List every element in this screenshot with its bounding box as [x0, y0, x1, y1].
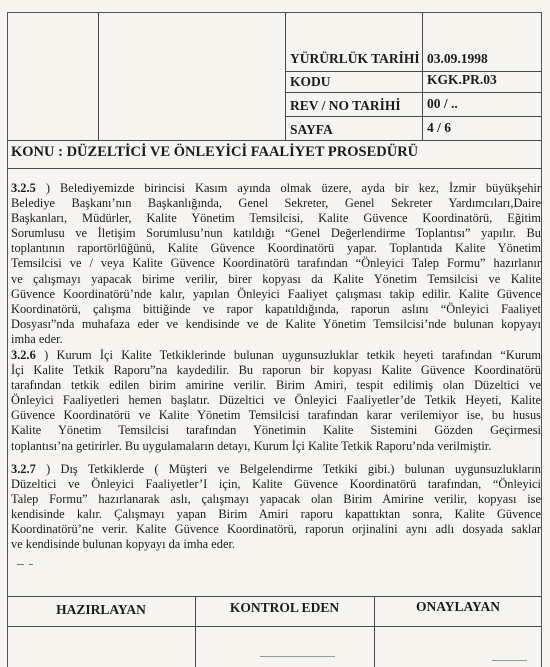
- scan-mark: [17, 564, 24, 565]
- approved-by-label: ONAYLAYAN: [374, 599, 542, 615]
- paragraph-line: Güvence Koordinatörü ve Kalite Yönetim T…: [11, 408, 541, 423]
- code-label: KODU: [290, 74, 331, 90]
- paragraph-line: Düzeltici ve Önleyici Faaliyetler’I için…: [11, 477, 541, 492]
- subject-divider: [7, 168, 542, 169]
- paragraph-line: Önleyici Faaliyetleri hemen başlatır. Dü…: [11, 393, 541, 408]
- page-value: 4 / 6: [427, 120, 451, 136]
- page-label: SAYFA: [290, 122, 333, 138]
- paragraph-line: Belediye Başkanı’nın Başkanlığında, Gene…: [11, 196, 541, 211]
- header-divider: [98, 12, 99, 140]
- header-divider: [422, 12, 423, 140]
- revision-label: REV / NO TARİHİ: [290, 98, 401, 114]
- section-number: 3.2.6: [11, 348, 36, 362]
- signature-mark: [260, 656, 335, 657]
- paragraph-line: Dosyası”nda muhafaza eder ve kendisinde …: [11, 317, 541, 332]
- paragraph-line: Talep Formu” hazırlanarak aslı, çalışmay…: [11, 492, 541, 507]
- scan-mark: [29, 564, 33, 565]
- effective-date-value: 03.09.1998: [427, 51, 488, 67]
- paragraph-line: Başkanları, Müdürler, Kalite Yönetim Tem…: [11, 211, 541, 226]
- prepared-by-label: HAZIRLAYAN: [7, 602, 195, 618]
- section-3-2-7: 3.2.7 ) Dış Tetkiklerde ( Müşteri ve Bel…: [11, 462, 541, 553]
- paragraph-line: kendisinde kalır. Çalışmayı yapan Birim …: [11, 507, 541, 522]
- code-value: KGK.PR.03: [427, 72, 497, 88]
- paragraph-line: Temsilcisi ve / veya Kalite Güvence Koor…: [11, 256, 541, 271]
- header-divider: [7, 140, 542, 141]
- signature-divider: [7, 626, 542, 627]
- header-divider: [285, 92, 542, 93]
- paragraph-line: Güvence Koordinatörü’nde kalır, yapılan …: [11, 287, 541, 302]
- signature-divider: [7, 596, 542, 597]
- section-3-2-5: 3.2.5 ) Belediyemizde birincisi Kasım ay…: [11, 181, 541, 347]
- paragraph-line: ve çalışmayı yapacak birime verilir, bir…: [11, 272, 541, 287]
- revision-value: 00 / ..: [427, 96, 458, 112]
- paragraph-line: 3.2.6 ) Kurum İçi Kalite Tetkiklerinde b…: [11, 348, 541, 363]
- header-divider: [285, 12, 286, 140]
- checked-by-label: KONTROL EDEN: [195, 600, 374, 616]
- paragraph-line: Koordinatörü, çalışma bittiğinde ve rapo…: [11, 302, 541, 317]
- paragraph-line: toplantının raportörlüğünü, Kalite Güven…: [11, 241, 541, 256]
- paragraph-line: 3.2.5 ) Belediyemizde birincisi Kasım ay…: [11, 181, 541, 196]
- section-number: 3.2.7: [11, 462, 36, 476]
- header-divider: [285, 116, 542, 117]
- paragraph-line: Sorumlusu ve İletişim Sorumlusu’nun katı…: [11, 226, 541, 241]
- effective-date-label: YÜRÜRLÜK TARİHİ: [290, 51, 420, 67]
- paragraph-line: Kalite Yönetim Temsilcisi tarafından Yön…: [11, 423, 541, 438]
- section-3-2-6: 3.2.6 ) Kurum İçi Kalite Tetkiklerinde b…: [11, 348, 541, 454]
- paragraph-line: tarafından tetkik edilen birim amirine v…: [11, 378, 541, 393]
- subject-title: KONU : DÜZELTİCİ VE ÖNLEYİCİ FAALİYET PR…: [11, 144, 418, 161]
- paragraph-line: 3.2.7 ) Dış Tetkiklerde ( Müşteri ve Bel…: [11, 462, 541, 477]
- paragraph-line: İçi Kalite Tetkik Raporu”na kaydedilir. …: [11, 363, 541, 378]
- paragraph-line: imha eder.: [11, 332, 541, 347]
- paragraph-line: Koordinatörü’ne verir. Kalite Güvence Ko…: [11, 522, 541, 537]
- header-divider: [285, 71, 542, 72]
- paragraph-line: ve kendisinde bulunan kopyayı da imha ed…: [11, 537, 541, 552]
- signature-mark: [492, 660, 527, 661]
- paragraph-line: toplantısı’na getirirler. Bu uygulamalar…: [11, 439, 541, 454]
- section-number: 3.2.5: [11, 181, 36, 195]
